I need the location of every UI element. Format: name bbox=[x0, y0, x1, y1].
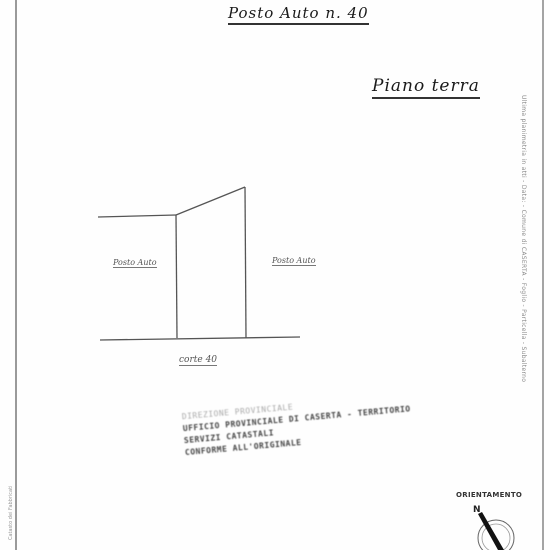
orientation-label: ORIENTAMENTO bbox=[456, 491, 522, 499]
plan-wall-left bbox=[176, 215, 177, 338]
label-courtyard: corte 40 bbox=[179, 355, 217, 366]
left-margin-note: Catasto dei Fabbricati bbox=[8, 486, 14, 540]
compass-north-label: N bbox=[473, 505, 481, 515]
compass-icon: N bbox=[468, 502, 528, 550]
plan-wall-right bbox=[245, 187, 246, 338]
plan-wall-top-slanted bbox=[176, 187, 245, 215]
cadastral-margin-note: Ultima planimetria in atti - Data: - Com… bbox=[520, 95, 527, 382]
plan-wall-top-left bbox=[98, 215, 176, 217]
plan-wall-bottom bbox=[100, 337, 300, 340]
scanned-page: Posto Auto n. 40 Piano terra Posto Auto … bbox=[0, 0, 550, 550]
label-adjacent-right: Posto Auto bbox=[272, 256, 316, 266]
label-adjacent-left: Posto Auto bbox=[113, 258, 157, 268]
